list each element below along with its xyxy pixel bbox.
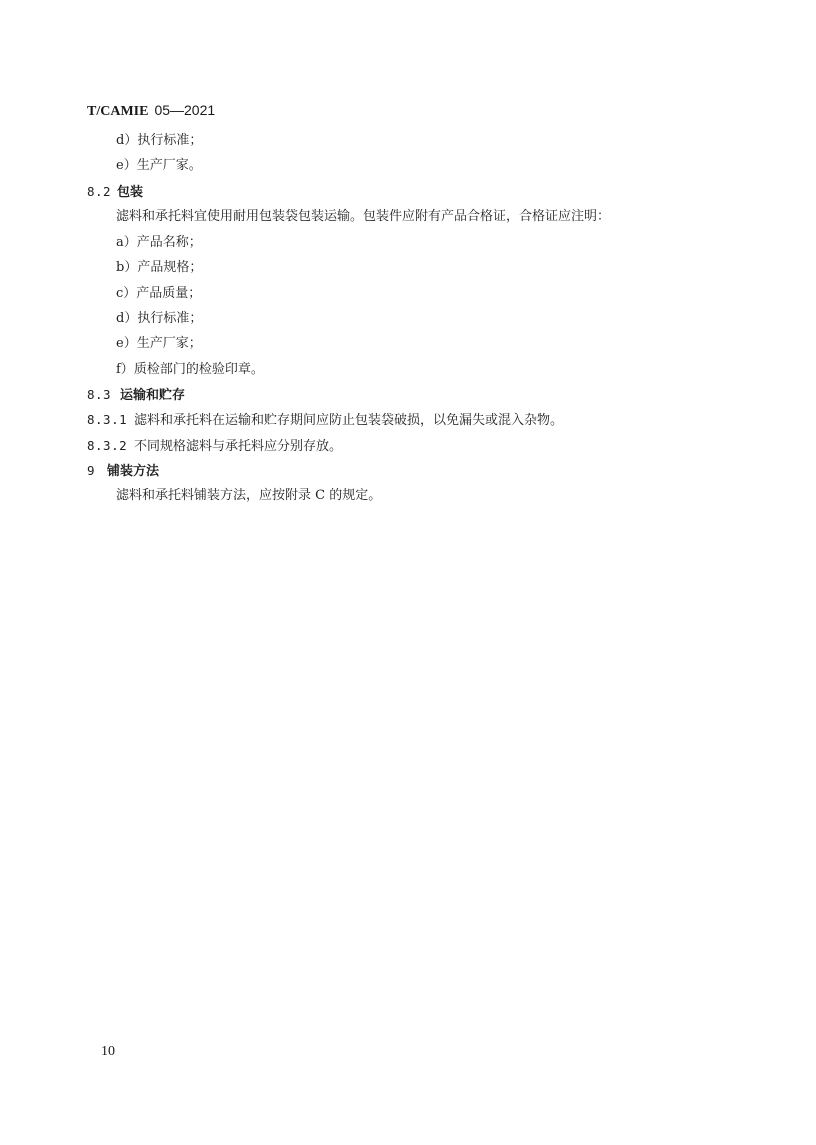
list-marker: b） <box>116 260 137 275</box>
standard-header: T/CAMIE05—2021 <box>87 101 215 121</box>
clause-text: 滤料和承托料在运输和贮存期间应防止包装袋破损，以免漏失或混入杂物。 <box>134 413 563 428</box>
list-marker: c） <box>116 286 136 301</box>
clause-number: 8.3.1 <box>87 411 134 429</box>
section-title: 包装 <box>117 185 143 200</box>
list-item: e）生产厂家； <box>116 335 202 353</box>
clause-text: 不同规格滤料与承托料应分别存放。 <box>134 439 342 454</box>
standard-org: T/CAMIE <box>87 104 148 119</box>
list-text: 产品质量； <box>136 286 201 301</box>
list-item: a）产品名称； <box>116 234 202 252</box>
standard-number: 05—2021 <box>154 102 215 118</box>
list-text: 质检部门的检验印章。 <box>134 362 264 377</box>
list-item: c）产品质量； <box>116 285 201 303</box>
list-item: f）质检部门的检验印章。 <box>116 361 264 379</box>
clause-8-3-2: 8.3.2不同规格滤料与承托料应分别存放。 <box>87 437 342 456</box>
section-number: 9 <box>87 462 107 480</box>
clause-number: 8.3.2 <box>87 437 134 455</box>
document-page: T/CAMIE05—2021 d）执行标准； e）生产厂家。 8.2包装 滤料和… <box>0 0 816 1145</box>
section-number: 8.2 <box>87 183 117 201</box>
list-text: 产品规格； <box>137 260 202 275</box>
list-marker: a） <box>116 235 137 250</box>
list-text: 生产厂家。 <box>137 158 202 173</box>
list-text: 生产厂家； <box>137 336 202 351</box>
list-marker: f） <box>116 362 134 377</box>
list-text: 产品名称； <box>137 235 202 250</box>
list-item: d）执行标准； <box>116 310 202 328</box>
list-text: 执行标准； <box>137 311 202 326</box>
list-marker: e） <box>116 158 137 173</box>
list-text: 执行标准； <box>137 133 202 148</box>
section-body: 滤料和承托料铺装方法，应按附录 C 的规定。 <box>116 487 381 505</box>
section-heading-8-2: 8.2包装 <box>87 183 143 202</box>
list-marker: d） <box>116 311 137 326</box>
section-body: 滤料和承托料宜使用耐用包装袋包装运输。包装件应附有产品合格证，合格证应注明： <box>116 208 610 226</box>
list-item: d）执行标准； <box>116 132 202 150</box>
section-title: 运输和贮存 <box>120 388 185 403</box>
page-number: 10 <box>101 1043 115 1061</box>
list-item: b）产品规格； <box>116 259 202 277</box>
list-marker: e） <box>116 336 137 351</box>
list-item: e）生产厂家。 <box>116 157 202 175</box>
section-heading-9: 9铺装方法 <box>87 462 159 481</box>
section-title: 铺装方法 <box>107 464 159 479</box>
list-marker: d） <box>116 133 137 148</box>
section-number: 8.3 <box>87 386 120 404</box>
section-heading-8-3: 8.3运输和贮存 <box>87 386 185 405</box>
clause-8-3-1: 8.3.1滤料和承托料在运输和贮存期间应防止包装袋破损，以免漏失或混入杂物。 <box>87 411 563 430</box>
